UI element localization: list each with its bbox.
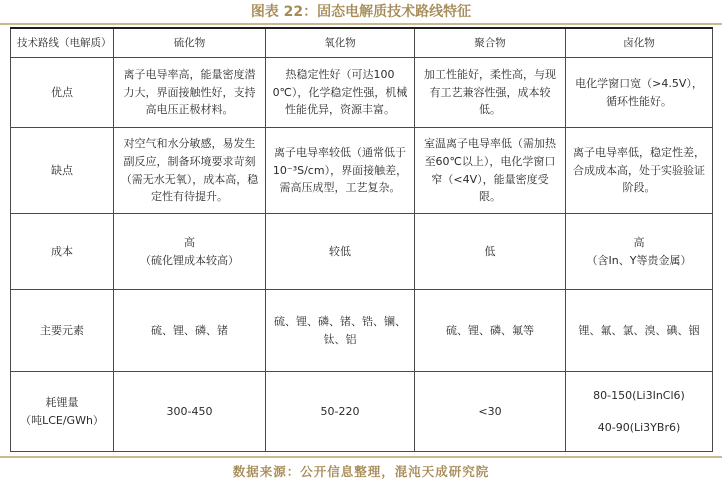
table-cell: 锂、氟、氯、溴、碘、铟 <box>566 290 713 372</box>
row-header-main-elements: 主要元素 <box>11 290 114 372</box>
table-cell: 离子电导率低，稳定性差，合成成本高，处于实验验证阶段。 <box>566 128 713 214</box>
table-cell: <30 <box>415 372 566 452</box>
table-cell: 离子电导率较低（通常低于10⁻³S/cm），界面接触差，需高压成型，工艺复杂。 <box>266 128 415 214</box>
table-cell: 80-150(Li3InCl6) 40-90(Li3YBr6) <box>566 372 713 452</box>
row-header-advantages: 优点 <box>11 58 114 128</box>
figure-title: 图表 22：固态电解质技术路线特征 <box>0 0 722 20</box>
table-cell: 硫、锂、磷、锗、锆、镧、钛、铝 <box>266 290 415 372</box>
row-header-cost: 成本 <box>11 214 114 290</box>
report-figure: 图表 22：固态电解质技术路线特征 技术路线（电解质） 硫化物 氧化物 聚合物 … <box>0 0 722 481</box>
col-header-sulfide: 硫化物 <box>114 28 266 58</box>
table-header-row: 技术路线（电解质） 硫化物 氧化物 聚合物 卤化物 <box>11 28 713 58</box>
table-row-main-elements: 主要元素 硫、锂、磷、锗 硫、锂、磷、锗、锆、镧、钛、铝 硫、锂、磷、氟等 锂、… <box>11 290 713 372</box>
table-cell: 硫、锂、磷、氟等 <box>415 290 566 372</box>
table-cell: 离子电导率高，能量密度潜力大，界面接触性好，支持高电压正极材料。 <box>114 58 266 128</box>
title-divider <box>0 23 722 25</box>
table-row-lithium-consumption: 耗锂量 （吨LCE/GWh） 300-450 50-220 <30 80-150… <box>11 372 713 452</box>
col-header-route: 技术路线（电解质） <box>11 28 114 58</box>
col-header-oxide: 氧化物 <box>266 28 415 58</box>
table-cell: 热稳定性好（可达1000℃），化学稳定性强，机械性能优异，资源丰富。 <box>266 58 415 128</box>
table-cell: 300-450 <box>114 372 266 452</box>
table-row-advantages: 优点 离子电导率高，能量密度潜力大，界面接触性好，支持高电压正极材料。 热稳定性… <box>11 58 713 128</box>
col-header-polymer: 聚合物 <box>415 28 566 58</box>
source-note: 数据来源：公开信息整理，混沌天成研究院 <box>0 462 722 480</box>
table-cell: 50-220 <box>266 372 415 452</box>
table-row-cost: 成本 高 （硫化锂成本较高） 较低 低 高 （含In、Y等贵金属） <box>11 214 713 290</box>
table-cell: 高 （硫化锂成本较高） <box>114 214 266 290</box>
row-header-lithium-consumption: 耗锂量 （吨LCE/GWh） <box>11 372 114 452</box>
table-cell: 室温离子电导率低（需加热至60℃以上），电化学窗口窄（<4V），能量密度受限。 <box>415 128 566 214</box>
col-header-halide: 卤化物 <box>566 28 713 58</box>
table-cell: 硫、锂、磷、锗 <box>114 290 266 372</box>
table-cell: 低 <box>415 214 566 290</box>
electrolyte-comparison-table: 技术路线（电解质） 硫化物 氧化物 聚合物 卤化物 优点 离子电导率高，能量密度… <box>10 27 713 452</box>
row-header-drawbacks: 缺点 <box>11 128 114 214</box>
table-cell: 电化学窗口宽（>4.5V），循环性能好。 <box>566 58 713 128</box>
table-cell: 高 （含In、Y等贵金属） <box>566 214 713 290</box>
table-cell: 加工性能好，柔性高，与现有工艺兼容性强，成本较低。 <box>415 58 566 128</box>
footer-divider <box>0 456 722 458</box>
table-row-drawbacks: 缺点 对空气和水分敏感，易发生副反应，制备环境要求苛刻（需无水无氧），成本高，稳… <box>11 128 713 214</box>
table-cell: 较低 <box>266 214 415 290</box>
table-cell: 对空气和水分敏感，易发生副反应，制备环境要求苛刻（需无水无氧），成本高，稳定性有… <box>114 128 266 214</box>
